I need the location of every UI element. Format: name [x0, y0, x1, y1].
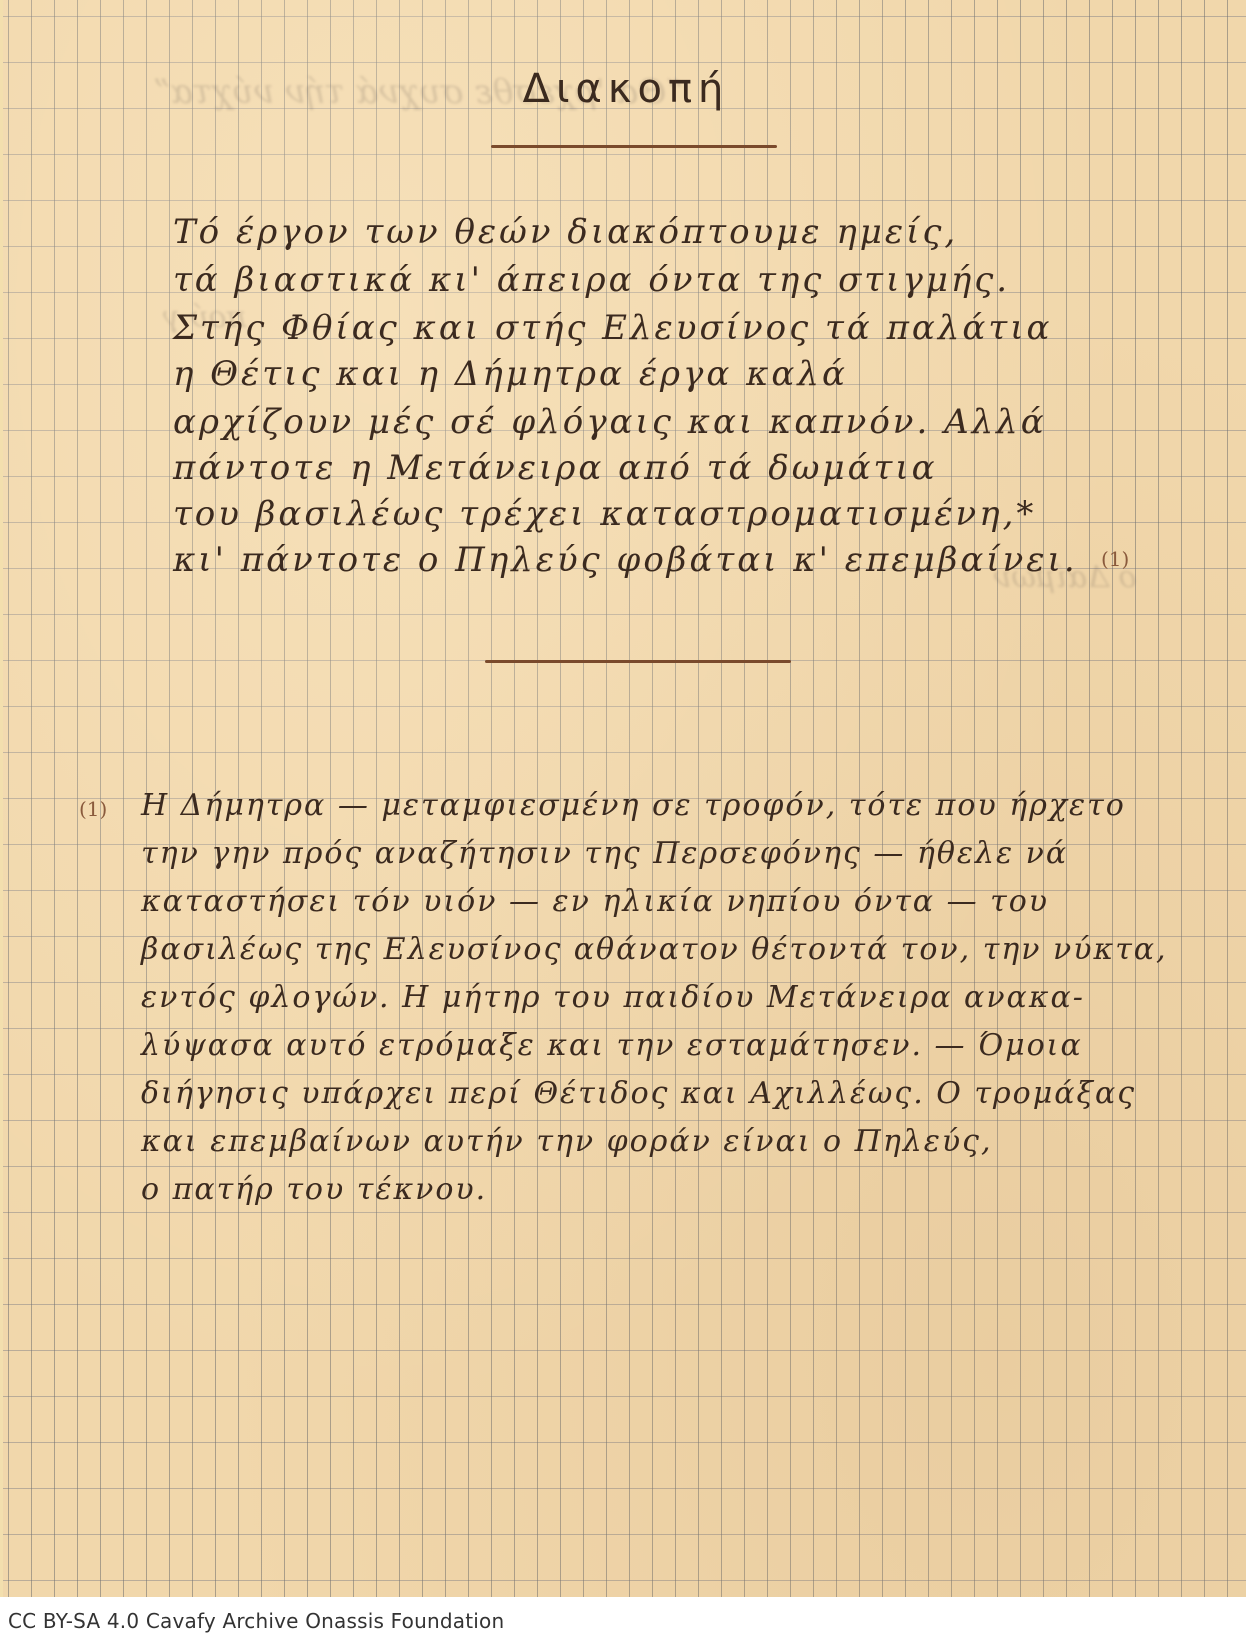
- poem-line: Στής Φθίας και στής Ελευσίνος τά παλάτια: [173, 308, 1053, 348]
- footnote-line: Η Δήμητρα — μεταμφιεσμένη σε τροφόν, τότ…: [141, 788, 1126, 823]
- title-underline: [491, 145, 777, 148]
- footnote-line: λύψασα αυτό ετρόμαξε και την εσταμάτησεν…: [141, 1028, 1083, 1063]
- license-caption: CC BY-SA 4.0 Cavafy Archive Onassis Foun…: [8, 1609, 504, 1633]
- poem-line: αρχίζουν μές σέ φλόγαις και καπνόν. Αλλά: [173, 402, 1047, 442]
- poem-line: Τό έργον των θεών διακόπτουμε ημείς,: [173, 212, 958, 252]
- poem-line: κι' πάντοτε ο Πηλεύς φοβάται κ' επεμβαίν…: [173, 540, 1078, 580]
- footnote-line: εντός φλογών. Η μήτηρ του παιδίου Μετάνε…: [141, 980, 1085, 1015]
- manuscript-page: “Θα 'ρχεσθε συχνά τήν νύχτα” πού γ ο Δαί…: [0, 0, 1246, 1597]
- footnote-line: καταστήσει τόν υιόν — εν ηλικία νηπίου ό…: [141, 884, 1049, 919]
- footnote-line: και επεμβαίνων αυτήν την φοράν είναι ο Π…: [141, 1124, 992, 1159]
- poem-line: τά βιαστικά κι' άπειρα όντα της στιγμής.: [173, 260, 1010, 300]
- footnote-line: ο πατήρ του τέκνου.: [141, 1172, 487, 1207]
- footnote-marker: (1): [79, 797, 107, 821]
- footnote-reference: (1): [1101, 547, 1129, 571]
- footnote-line: διήγησις υπάρχει περί Θέτιδος και Αχιλλέ…: [141, 1076, 1136, 1111]
- section-divider: [485, 660, 791, 663]
- poem-line: η Θέτις και η Δήμητρα έργα καλά: [173, 354, 848, 394]
- poem-line: πάντοτε η Μετάνειρα από τά δωμάτια: [173, 448, 938, 488]
- poem-line: του βασιλέως τρέχει καταστροματισμένη,*: [173, 494, 1036, 534]
- poem-title: Διακοπή: [3, 66, 1246, 112]
- footnote-line: βασιλέως της Ελευσίνος αθάνατον θέτοντά …: [141, 932, 1168, 967]
- footnote-line: την γην πρός αναζήτησιν της Περσεφόνης —…: [141, 836, 1068, 871]
